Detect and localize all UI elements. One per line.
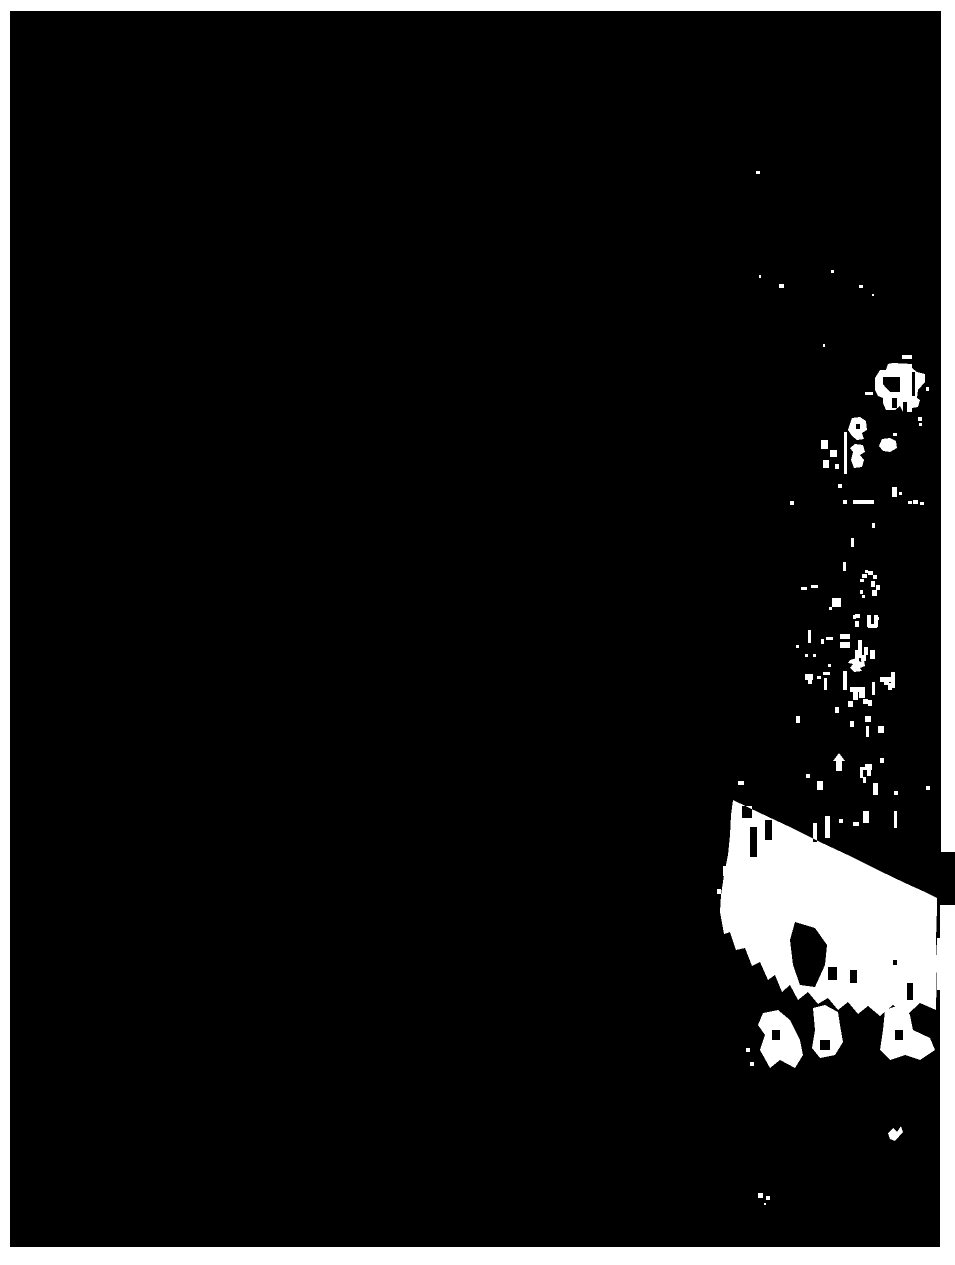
speck: [899, 492, 902, 495]
speck: [832, 598, 841, 607]
speck: [880, 758, 884, 763]
speck: [876, 617, 879, 620]
speck: [853, 822, 859, 826]
speck: [926, 786, 930, 790]
speck: [817, 676, 821, 679]
speck: [861, 655, 866, 661]
speck: [750, 1062, 754, 1066]
speck: [865, 716, 871, 722]
speck: [873, 783, 878, 795]
speck: [764, 1203, 766, 1205]
speck: [872, 523, 875, 528]
speck: [860, 767, 868, 770]
speck: [828, 664, 831, 667]
speck: [843, 671, 847, 690]
speck: [868, 571, 873, 575]
speck: [839, 819, 843, 823]
speck: [913, 500, 918, 504]
speck: [863, 699, 868, 704]
speck: [850, 721, 854, 727]
speck: [843, 562, 846, 571]
speck: [888, 683, 892, 690]
speck: [860, 770, 863, 778]
speck: [872, 682, 875, 695]
binarized-photo: [0, 0, 955, 1265]
speck: [823, 460, 829, 468]
speck: [746, 1048, 750, 1052]
speck: [831, 270, 834, 273]
speck: [840, 634, 850, 639]
speck: [840, 642, 850, 648]
speck: [779, 284, 784, 288]
speck: [866, 726, 869, 737]
speck: [868, 624, 877, 628]
speck: [870, 650, 875, 659]
speck: [855, 614, 860, 618]
speck: [920, 502, 924, 505]
speck: [893, 433, 897, 436]
speck: [853, 692, 858, 700]
speck: [937, 938, 941, 990]
speck: [790, 501, 794, 505]
speck: [872, 294, 874, 296]
speck: [835, 464, 839, 469]
binarized-photo-canvas: [0, 0, 955, 1265]
speck: [805, 654, 808, 657]
speck: [835, 707, 839, 713]
speck: [872, 590, 877, 596]
speck: [873, 575, 877, 579]
speck: [887, 677, 894, 682]
speck: [821, 639, 824, 644]
speck: [865, 570, 868, 573]
speck: [860, 590, 863, 594]
speck: [863, 811, 869, 823]
speck: [850, 687, 865, 692]
speck: [863, 777, 866, 783]
speck: [859, 285, 863, 288]
speck: [823, 344, 825, 347]
speck: [908, 501, 912, 504]
speck: [894, 791, 898, 795]
speck: [821, 440, 828, 449]
speck: [838, 484, 842, 488]
speck: [926, 387, 929, 391]
speck: [796, 716, 800, 723]
speck: [756, 171, 760, 174]
speck: [806, 774, 810, 778]
speck: [862, 595, 865, 598]
speck: [759, 275, 761, 278]
speck: [825, 816, 830, 838]
speck: [853, 500, 874, 504]
speck: [758, 1193, 763, 1198]
speck: [871, 581, 875, 587]
frame-right-lower: [940, 905, 955, 1265]
speck: [824, 678, 827, 690]
frame-left: [0, 0, 10, 1265]
speck: [766, 1196, 770, 1200]
speck: [813, 654, 816, 657]
frame-top: [0, 0, 955, 11]
speck: [851, 538, 854, 547]
speck: [859, 692, 865, 698]
speck: [796, 645, 799, 648]
speck: [817, 781, 823, 790]
speck: [865, 392, 873, 395]
speck: [823, 672, 830, 675]
speck: [717, 889, 721, 894]
speck: [830, 450, 837, 457]
speck: [919, 423, 922, 426]
speck: [801, 587, 807, 590]
speck: [862, 574, 867, 578]
speck: [868, 700, 872, 706]
speck: [876, 585, 880, 590]
frame-right-upper: [941, 0, 955, 852]
speck: [867, 770, 871, 776]
speck: [844, 432, 847, 474]
speck: [808, 630, 811, 643]
frame-bottom: [0, 1247, 955, 1265]
speck: [892, 487, 897, 497]
black-background: [0, 0, 955, 1265]
speck: [860, 579, 864, 582]
speck: [811, 585, 818, 588]
speck: [918, 417, 922, 421]
speck: [894, 811, 897, 828]
speck: [808, 679, 812, 684]
speck: [843, 500, 847, 504]
speck: [826, 637, 833, 640]
speck: [738, 781, 744, 785]
speck: [864, 647, 868, 655]
speck: [829, 607, 832, 610]
speck: [878, 726, 884, 733]
speck: [855, 621, 859, 627]
speck: [902, 355, 912, 359]
speck: [848, 701, 853, 707]
